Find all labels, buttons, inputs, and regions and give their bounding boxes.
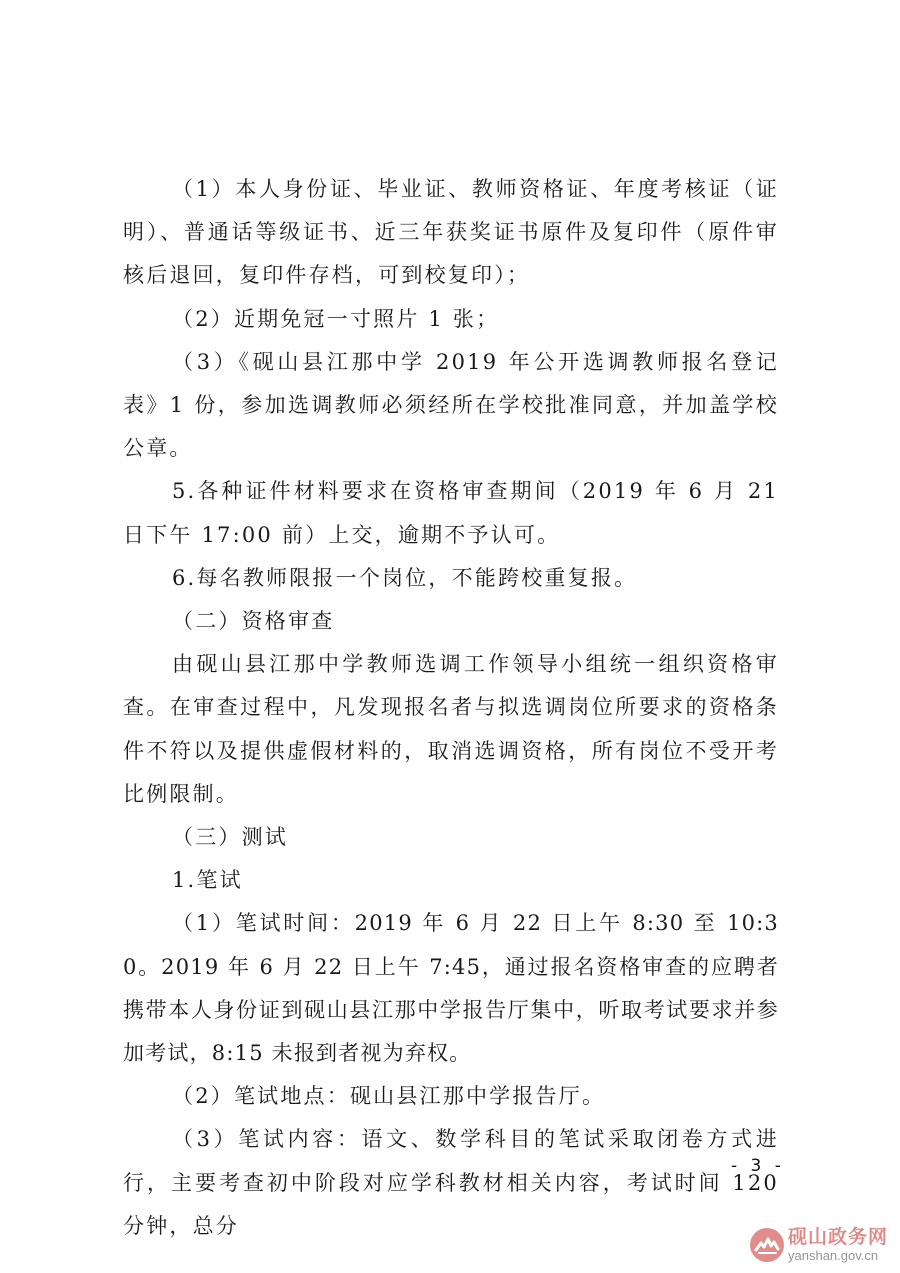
document-body: （1）本人身份证、毕业证、教师资格证、年度考核证（证明）、普通话等级证书、近三年…	[123, 168, 779, 1248]
paragraph-one-position-rule: 6.每名教师限报一个岗位，不能跨校重复报。	[123, 557, 779, 600]
watermark: 砚山政务网 yanshan.gov.cn	[750, 1220, 900, 1270]
paragraph-exam-content: （3）笔试内容：语文、数学科目的笔试采取闭卷方式进行，主要考查初中阶段对应学科教…	[123, 1118, 779, 1248]
paragraph-materials-id-certificates: （1）本人身份证、毕业证、教师资格证、年度考核证（证明）、普通话等级证书、近三年…	[123, 168, 779, 298]
paragraph-materials-registration-form: （3）《砚山县江那中学 2019 年公开选调教师报名登记表》1 份，参加选调教师…	[123, 341, 779, 471]
subheading-written-exam: 1.笔试	[123, 859, 779, 902]
paragraph-qualification-review: 由砚山县江那中学教师选调工作领导小组统一组织资格审查。在审查过程中，凡发现报名者…	[123, 643, 779, 816]
paragraph-exam-time: （1）笔试时间：2019 年 6 月 22 日上午 8:30 至 10:30。2…	[123, 902, 779, 1075]
yanshan-logo-icon	[750, 1228, 784, 1262]
paragraph-materials-photo: （2）近期免冠一寸照片 1 张；	[123, 298, 779, 341]
page-number: - 3 -	[731, 1156, 785, 1176]
watermark-title: 砚山政务网	[788, 1228, 888, 1247]
section-heading-qualification-review: （二）资格审查	[123, 600, 779, 643]
watermark-url: yanshan.gov.cn	[788, 1249, 888, 1262]
section-heading-testing: （三）测试	[123, 816, 779, 859]
paragraph-exam-location: （2）笔试地点：砚山县江那中学报告厅。	[123, 1075, 779, 1118]
paragraph-submission-deadline: 5.各种证件材料要求在资格审查期间（2019 年 6 月 21 日下午 17:0…	[123, 470, 779, 556]
